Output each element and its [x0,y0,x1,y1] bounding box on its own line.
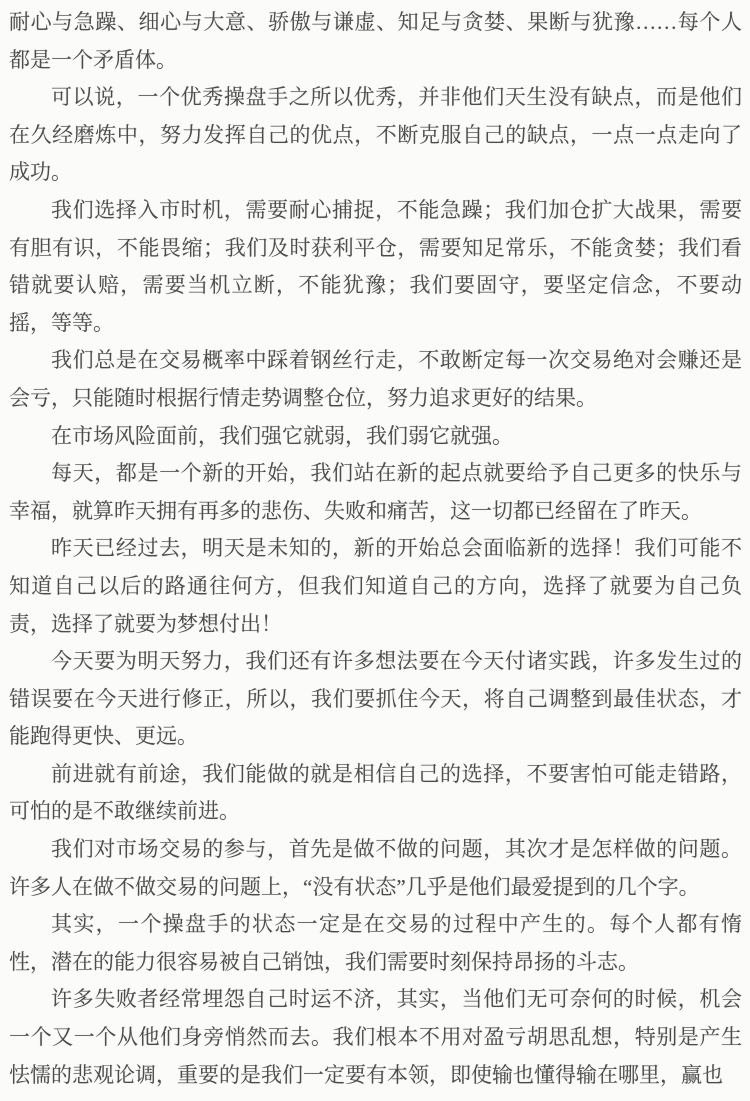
paragraph: 前进就有前途，我们能做的就是相信自己的选择，不要害怕可能走错路，可怕的是不敢继续… [9,756,742,831]
paragraph: 每天，都是一个新的开始，我们站在新的起点就要给予自己更多的快乐与幸福，就算昨天拥… [9,455,742,530]
paragraph: 在市场风险面前，我们强它就弱，我们弱它就强。 [9,418,742,456]
paragraph: 其实，一个操盘手的状态一定是在交易的过程中产生的。每个人都有惰性，潜在的能力很容… [9,906,742,981]
paragraph: 许多失败者经常埋怨自己时运不济，其实，当他们无可奈何的时候，机会一个又一个从他们… [9,981,742,1094]
paragraph: 我们对市场交易的参与，首先是做不做的问题，其次才是怎样做的问题。许多人在做不做交… [9,831,742,906]
paragraph: 今天要为明天努力，我们还有许多想法要在今天付诸实践，许多发生过的错误要在今天进行… [9,643,742,756]
paragraph: 可以说，一个优秀操盘手之所以优秀，并非他们天生没有缺点，而是他们在久经磨炼中，努… [9,79,742,192]
paragraph: 我们总是在交易概率中踩着钢丝行走，不敢断定每一次交易绝对会赚还是会亏，只能随时根… [9,342,742,417]
book-page: 耐心与急躁、细心与大意、骄傲与谦虚、知足与贪婪、果断与犹豫……每个人都是一个矛盾… [0,0,750,1101]
paragraph: 耐心与急躁、细心与大意、骄傲与谦虚、知足与贪婪、果断与犹豫……每个人都是一个矛盾… [9,4,742,79]
paragraph: 我们选择入市时机，需要耐心捕捉，不能急躁；我们加仓扩大战果，需要有胆有识，不能畏… [9,192,742,342]
paragraph: 昨天已经过去，明天是未知的，新的开始总会面临新的选择！我们可能不知道自己以后的路… [9,530,742,643]
